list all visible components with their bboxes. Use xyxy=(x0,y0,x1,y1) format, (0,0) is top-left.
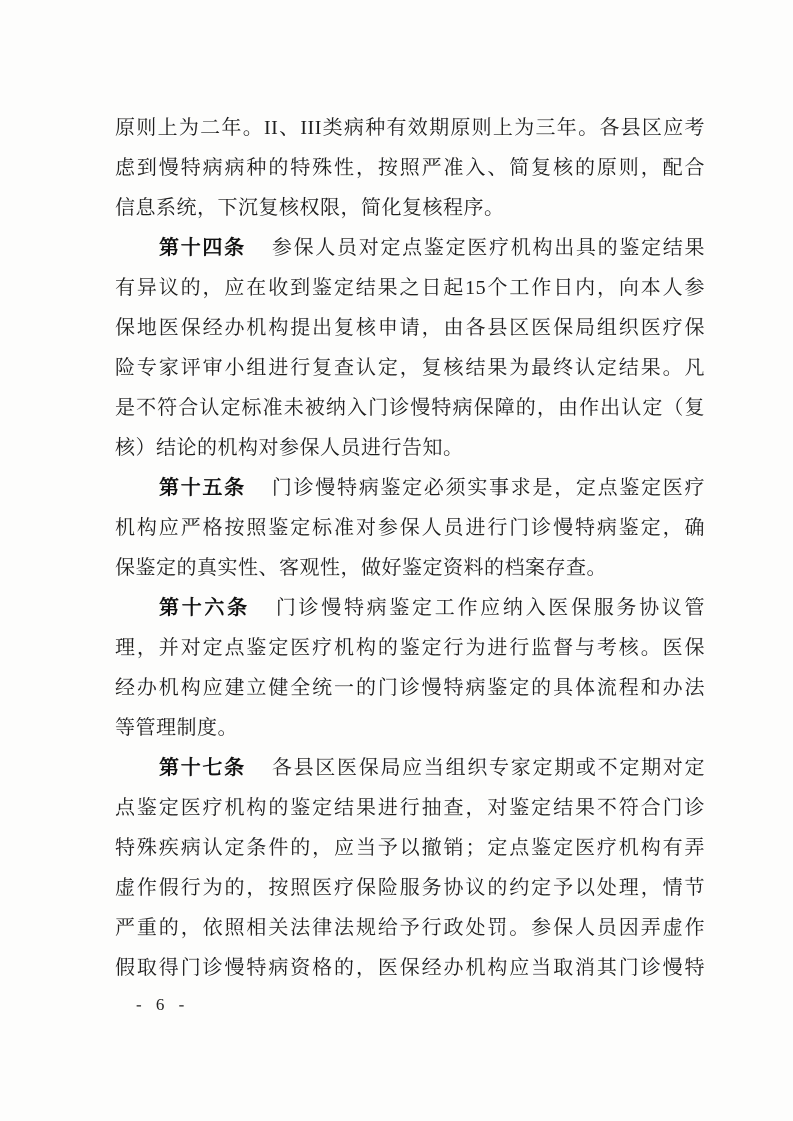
text-line: 机构应严格按照鉴定标准对参保人员进行门诊慢特病鉴定，确 xyxy=(115,508,705,548)
article-number: 第十五条 xyxy=(159,477,246,499)
text-line: 理，并对定点鉴定医疗机构的鉴定行为进行监督与考核。医保 xyxy=(115,628,705,668)
text-line: 第十七条各县区医保局应当组织专家定期或不定期对定 xyxy=(115,748,705,788)
text-line: 点鉴定医疗机构的鉴定结果进行抽查，对鉴定结果不符合门诊 xyxy=(115,788,705,828)
text-line: 信息系统，下沉复核权限，简化复核程序。 xyxy=(115,188,705,228)
text-line: 等管理制度。 xyxy=(115,708,705,748)
text-line: 经办机构应建立健全统一的门诊慢特病鉴定的具体流程和办法 xyxy=(115,668,705,708)
document-page: 原则上为二年。II、III类病种有效期原则上为三年。各县区应考虑到慢特病病种的特… xyxy=(0,0,793,1121)
text-line: 是不符合认定标准未被纳入门诊慢特病保障的，由作出认定（复 xyxy=(115,388,705,428)
text-line: 核）结论的机构对参保人员进行告知。 xyxy=(115,428,705,468)
text-line: 有异议的，应在收到鉴定结果之日起15个工作日内，向本人参 xyxy=(115,268,705,308)
text-line: 第十四条参保人员对定点鉴定医疗机构出具的鉴定结果 xyxy=(115,228,705,268)
article-text: 门诊慢特病鉴定必须实事求是，定点鉴定医疗 xyxy=(272,477,705,499)
text-line: 保地医保经办机构提出复核申请，由各县区医保局组织医疗保 xyxy=(115,308,705,348)
text-line: 保鉴定的真实性、客观性，做好鉴定资料的档案存查。 xyxy=(115,548,705,588)
article-number: 第十六条 xyxy=(159,597,250,619)
document-body: 原则上为二年。II、III类病种有效期原则上为三年。各县区应考虑到慢特病病种的特… xyxy=(115,108,705,988)
text-line: 第十六条门诊慢特病鉴定工作应纳入医保服务协议管 xyxy=(115,588,705,628)
article-text: 参保人员对定点鉴定医疗机构出具的鉴定结果 xyxy=(272,237,705,259)
text-line: 虑到慢特病病种的特殊性，按照严准入、简复核的原则，配合 xyxy=(115,148,705,188)
text-line: 险专家评审小组进行复查认定，复核结果为最终认定结果。凡 xyxy=(115,348,705,388)
text-line: 特殊疾病认定条件的，应当予以撤销；定点鉴定医疗机构有弄 xyxy=(115,828,705,868)
article-number: 第十七条 xyxy=(159,757,246,779)
page-number: - 6 - xyxy=(136,994,189,1016)
text-line: 假取得门诊慢特病资格的，医保经办机构应当取消其门诊慢特 xyxy=(115,948,705,988)
text-line: 虚作假行为的，按照医疗保险服务协议的约定予以处理，情节 xyxy=(115,868,705,908)
text-line: 原则上为二年。II、III类病种有效期原则上为三年。各县区应考 xyxy=(115,108,705,148)
article-number: 第十四条 xyxy=(159,237,246,259)
text-line: 第十五条门诊慢特病鉴定必须实事求是，定点鉴定医疗 xyxy=(115,468,705,508)
article-text: 门诊慢特病鉴定工作应纳入医保服务协议管 xyxy=(276,597,705,619)
article-text: 各县区医保局应当组织专家定期或不定期对定 xyxy=(272,757,705,779)
text-line: 严重的，依照相关法律法规给予行政处罚。参保人员因弄虚作 xyxy=(115,908,705,948)
